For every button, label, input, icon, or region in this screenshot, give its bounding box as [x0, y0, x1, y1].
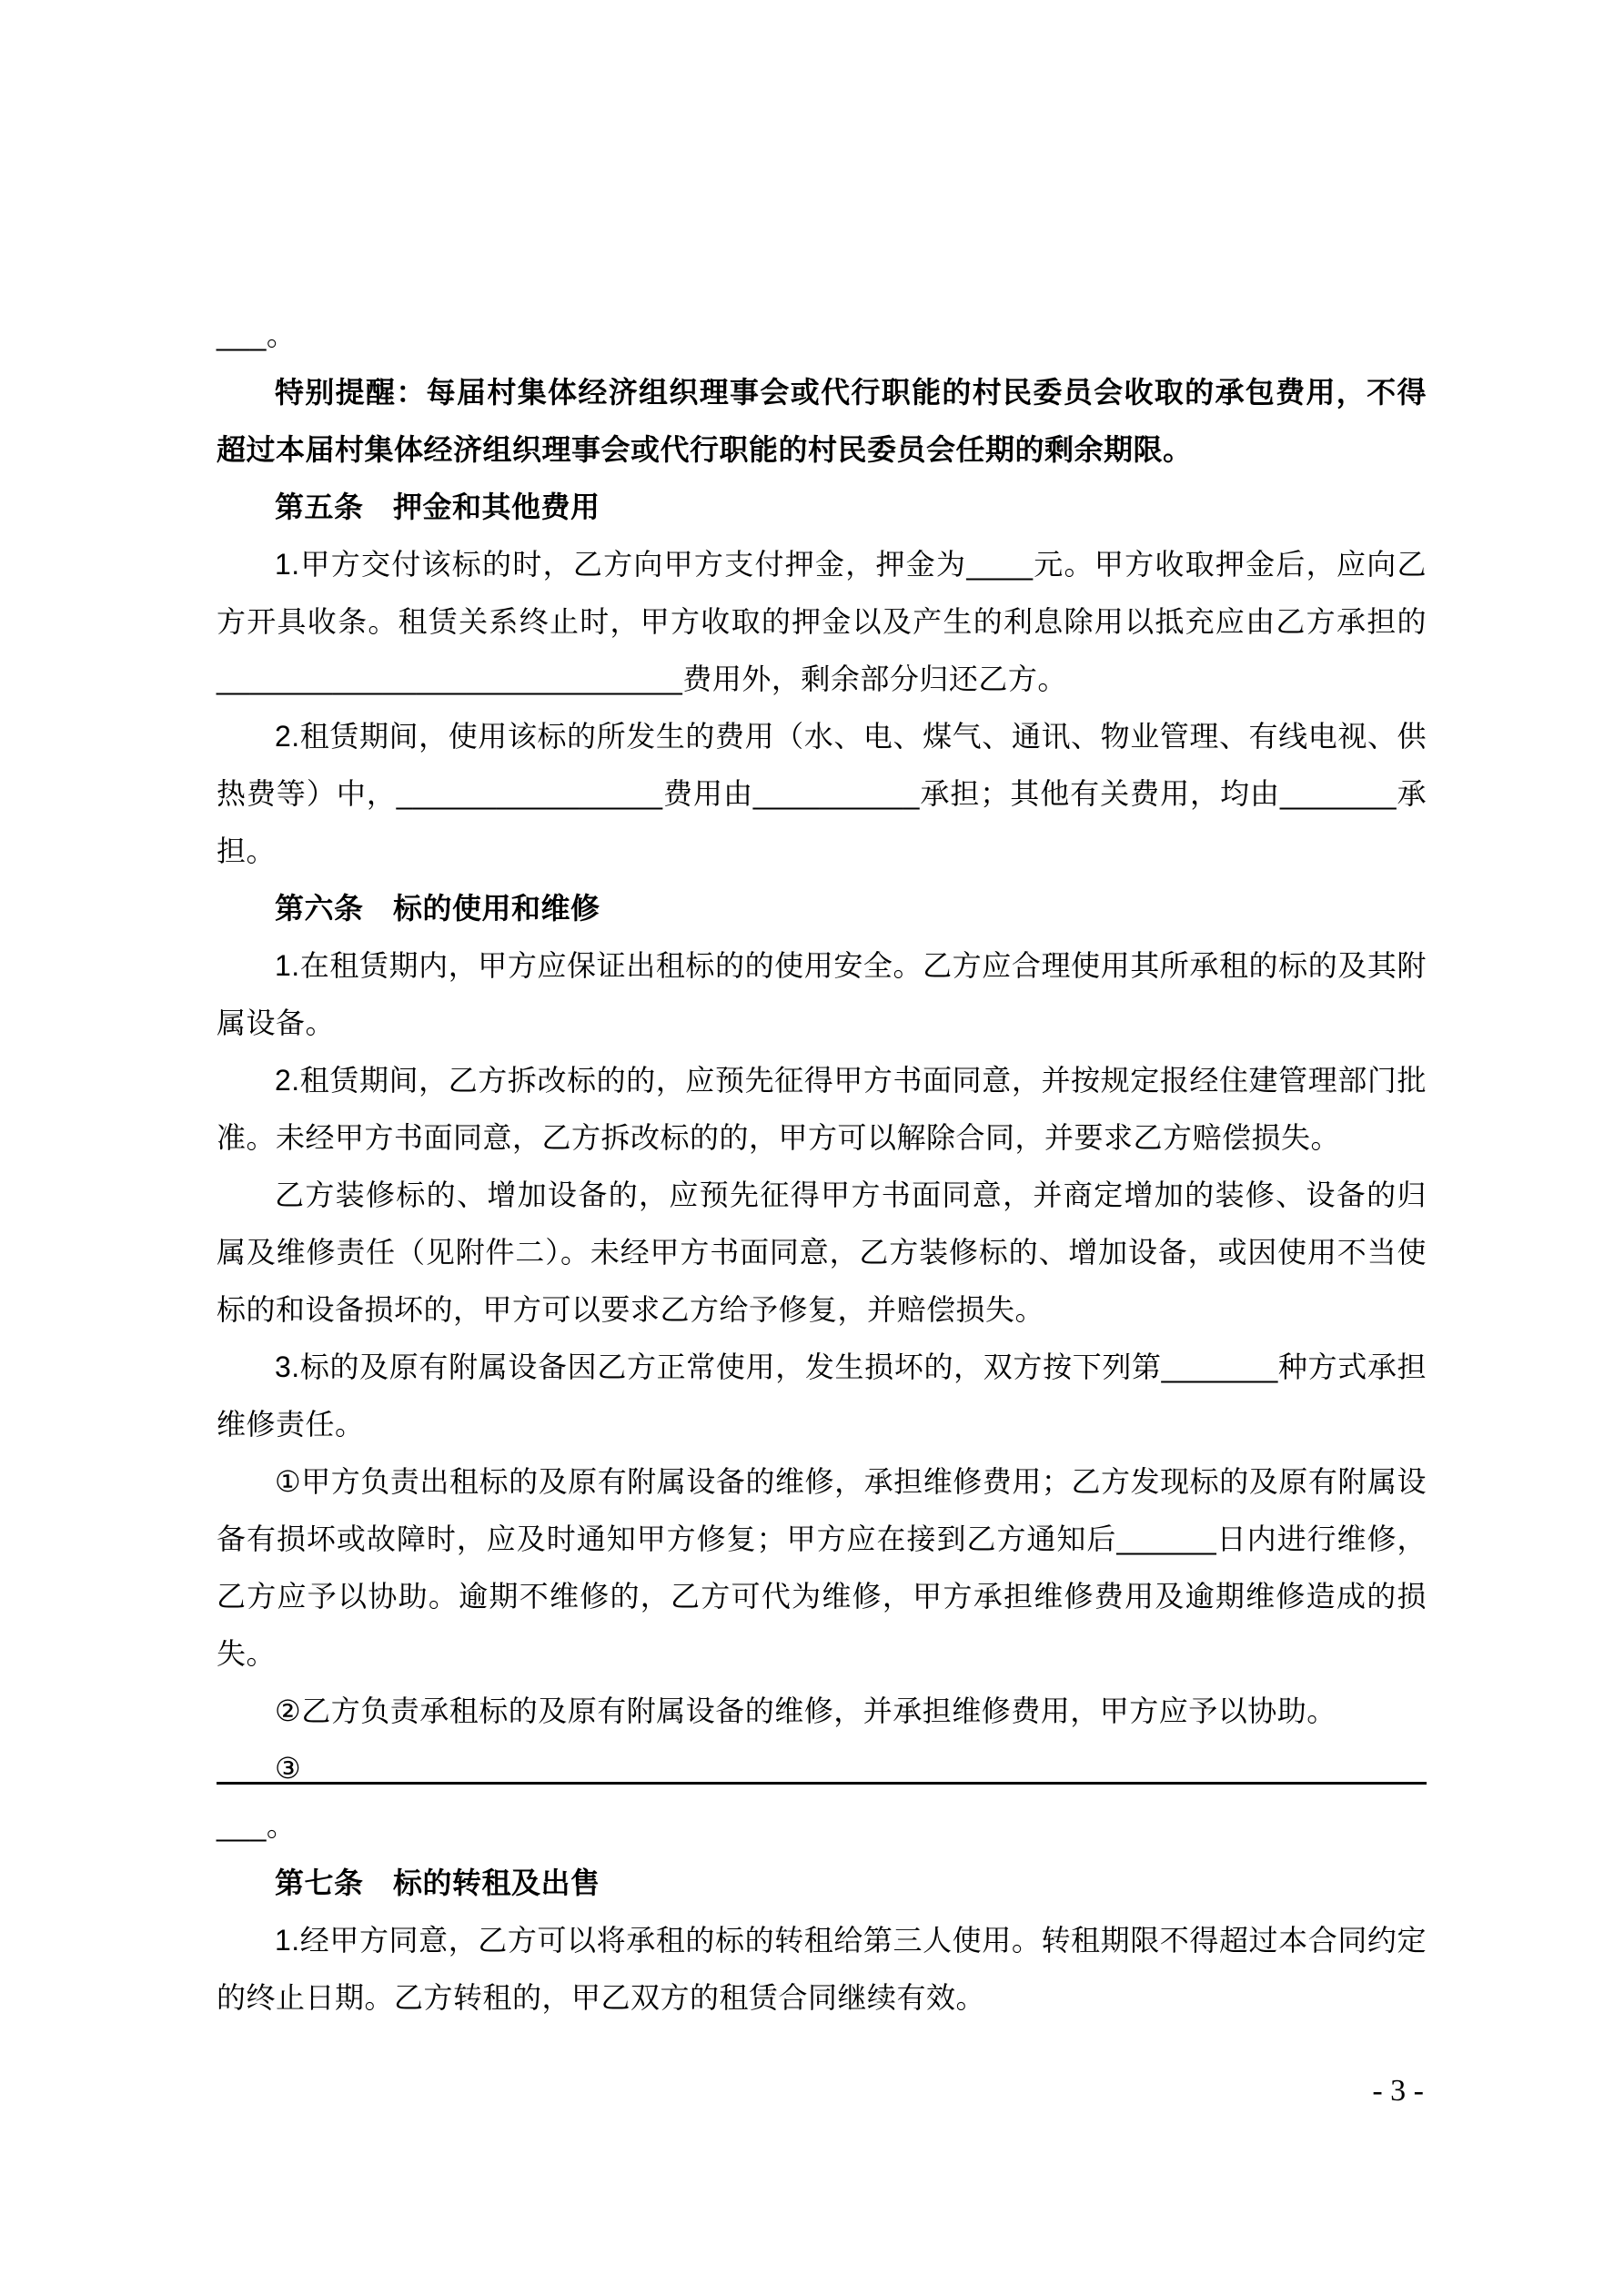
- paragraph: ②乙方负责承租标的及原有附属设备的维修，并承担维修费用，甲方应予以协助。: [217, 1683, 1427, 1740]
- paragraph: ___。: [217, 307, 1427, 364]
- paragraph: 乙方装修标的、增加设备的，应预先征得甲方书面同意，并商定增加的装修、设备的归属及…: [217, 1167, 1427, 1339]
- paragraph-text: ③: [275, 1740, 301, 1797]
- document-body: ___。特别提醒：每届村集体经济组织理事会或代行职能的村民委员会收取的承包费用，…: [217, 307, 1427, 2027]
- paragraph: 3.标的及原有附属设备因乙方正常使用，发生损坏的，双方按下列第_______种方…: [217, 1339, 1427, 1453]
- paragraph: 1.经甲方同意，乙方可以将承租的标的转租给第三人使用。转租期限不得超过本合同约定…: [217, 1912, 1427, 2027]
- section-heading: 第七条 标的转租及出售: [217, 1855, 1427, 1912]
- paragraph: ③: [217, 1740, 1427, 1797]
- paragraph: 1.甲方交付该标的时，乙方向甲方支付押金，押金为____元。甲方收取押金后，应向…: [217, 536, 1427, 708]
- paragraph: 2.租赁期间，乙方拆改标的的，应预先征得甲方书面同意，并按规定报经住建管理部门批…: [217, 1052, 1427, 1167]
- section-heading: 第五条 押金和其他费用: [217, 479, 1427, 536]
- blank-underline: [301, 1740, 1427, 1797]
- paragraph: 特别提醒：每届村集体经济组织理事会或代行职能的村民委员会收取的承包费用，不得超过…: [217, 364, 1427, 479]
- document-page: ___。特别提醒：每届村集体经济组织理事会或代行职能的村民委员会收取的承包费用，…: [0, 0, 1624, 2296]
- page-number: - 3 -: [1372, 2073, 1424, 2109]
- paragraph: 2.租赁期间，使用该标的所发生的费用（水、电、煤气、通讯、物业管理、有线电视、供…: [217, 708, 1427, 880]
- paragraph: ___。: [217, 1797, 1427, 1855]
- paragraph: 1.在租赁期内，甲方应保证出租标的的使用安全。乙方应合理使用其所承租的标的及其附…: [217, 937, 1427, 1052]
- paragraph: ①甲方负责出租标的及原有附属设备的维修，承担维修费用；乙方发现标的及原有附属设备…: [217, 1453, 1427, 1683]
- section-heading: 第六条 标的使用和维修: [217, 880, 1427, 937]
